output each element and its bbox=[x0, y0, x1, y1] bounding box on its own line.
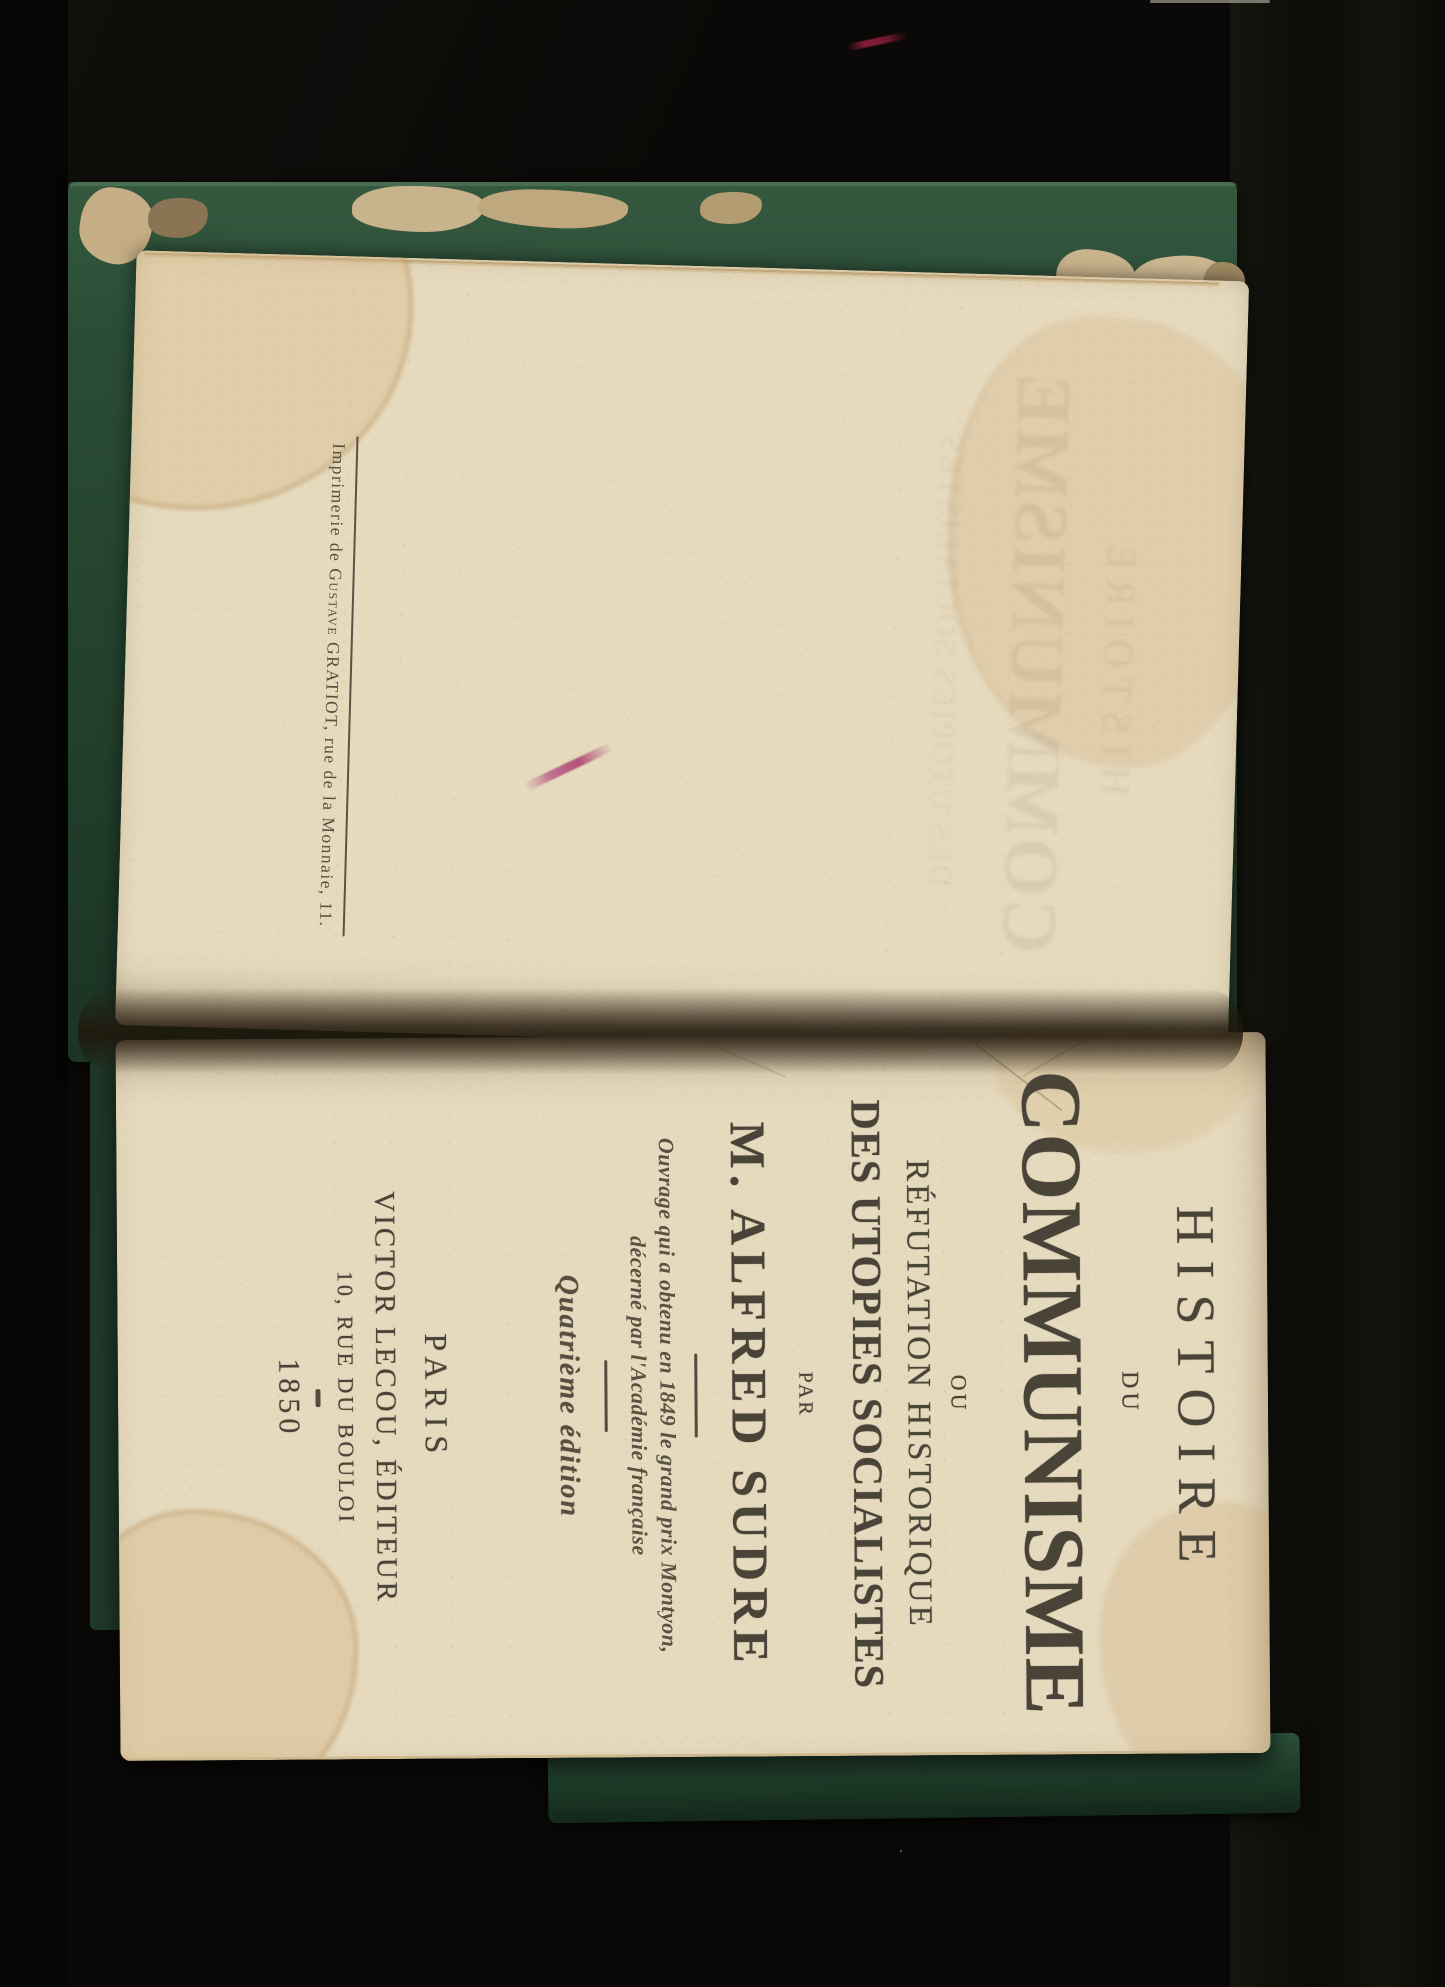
cover-wear-spot bbox=[352, 186, 484, 232]
separator-rule bbox=[605, 1360, 609, 1432]
imprint-suffix: GRATIOT, rue de la Monnaie, 11. bbox=[316, 636, 344, 928]
prize-note-line2: décerné par l'Académie française bbox=[625, 1236, 653, 1556]
verso-page-content: HISTOIRE COMMUNISME DES UTOPIES SOCIALIS… bbox=[115, 250, 1249, 1056]
title-line-ou: OU bbox=[946, 1375, 971, 1413]
prize-note-line1: Ouvrage qui a obtenu en 1849 le grand pr… bbox=[653, 1138, 683, 1654]
title-line-histoire: HISTOIRE bbox=[1165, 1205, 1228, 1578]
title-page-content: HISTOIRE DU COMMUNISME OU RÉFUTATION HIS… bbox=[117, 1032, 1269, 1761]
title-line-du: DU bbox=[1115, 1371, 1142, 1414]
gutter-shadow bbox=[78, 988, 1243, 1074]
backdrop-top-sheen bbox=[68, 0, 1230, 190]
subtitle-des-utopies: DES UTOPIES SOCIALISTES bbox=[840, 1099, 891, 1689]
photo-scene: HISTOIRE COMMUNISME DES UTOPIES SOCIALIS… bbox=[0, 0, 1445, 1987]
imprint-city: PARIS bbox=[417, 1333, 454, 1461]
ghost-line: HISTOIRE bbox=[1092, 534, 1146, 797]
imprint-address: 10, RUE DU BOULOI bbox=[332, 1271, 358, 1525]
title-page: HISTOIRE DU COMMUNISME OU RÉFUTATION HIS… bbox=[115, 1032, 1270, 1761]
showthrough-ghost-text: HISTOIRE COMMUNISME DES UTOPIES SOCIALIS… bbox=[917, 273, 1154, 1054]
separator-rule bbox=[316, 1389, 321, 1407]
scan-edge-glint bbox=[1150, 0, 1270, 3]
subtitle-refutation: RÉFUTATION HISTORIQUE bbox=[898, 1159, 938, 1629]
ghost-line: COMMUNISME bbox=[984, 371, 1087, 955]
edition-line: Quatrième édition bbox=[553, 1275, 586, 1518]
imprint-prefix: Imprimerie de bbox=[326, 443, 349, 568]
byline-par: PAR bbox=[794, 1372, 817, 1418]
ghost-line: DES UTOPIES SOCIALISTES bbox=[921, 433, 971, 888]
title-line-communisme: COMMUNISME bbox=[1003, 1070, 1104, 1716]
imprint-publisher: VICTOR LECOU, ÉDITEUR bbox=[368, 1191, 403, 1604]
author-name: M. ALFRED SUDRE bbox=[720, 1121, 780, 1668]
imprint-year: 1850 bbox=[272, 1358, 306, 1438]
separator-rule bbox=[695, 1353, 699, 1437]
imprint-name-smallcaps: Gustave bbox=[324, 568, 346, 637]
backdrop-left-black bbox=[0, 0, 68, 1987]
verso-page: HISTOIRE COMMUNISME DES UTOPIES SOCIALIS… bbox=[115, 250, 1249, 1056]
